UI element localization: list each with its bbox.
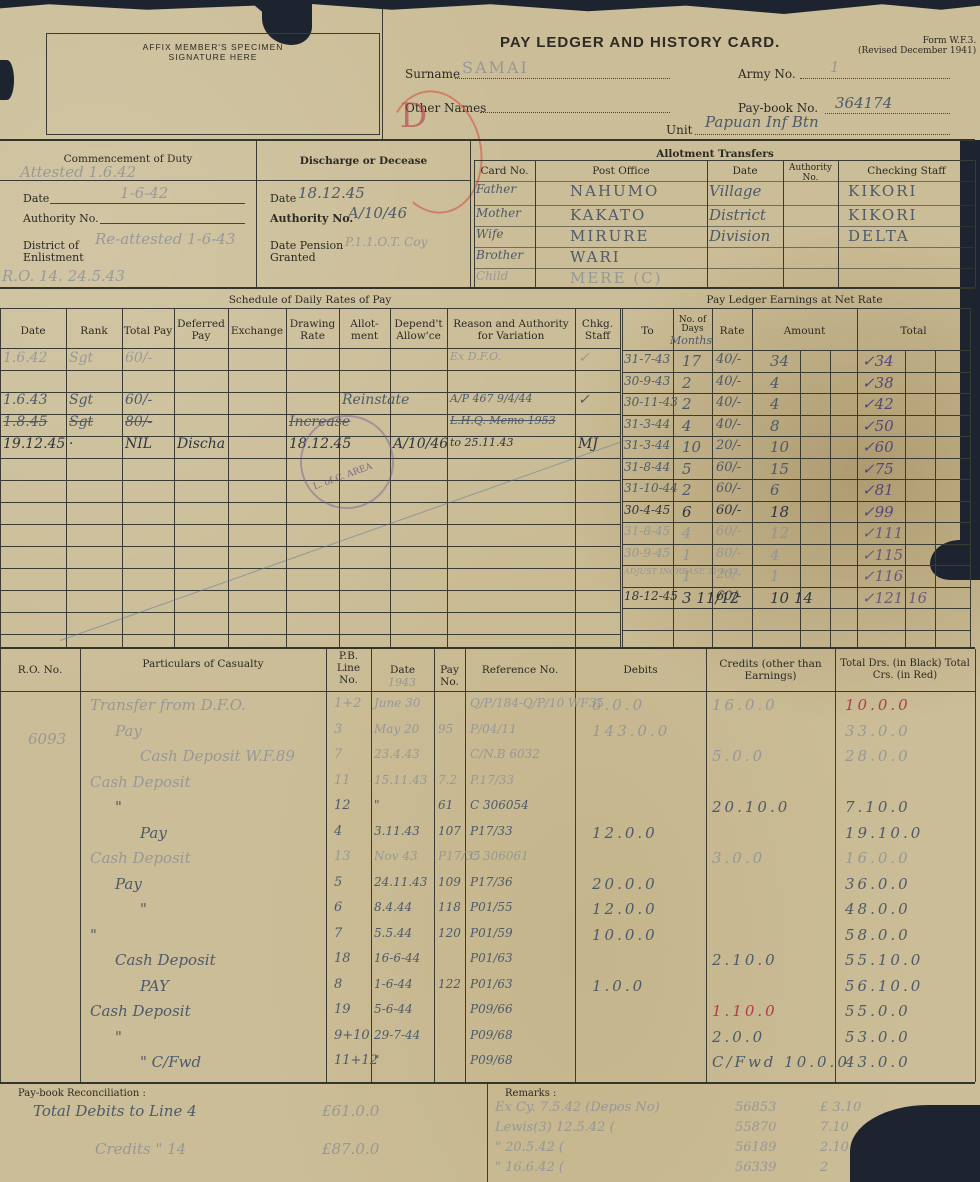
schedule-cell: Reinstate — [342, 392, 409, 408]
casualty-line-no: 9+10 — [334, 1028, 370, 1043]
casualty-line-no: 19 — [334, 1002, 351, 1017]
torn-edge-left — [0, 60, 14, 100]
earnings-total: ✓81 — [862, 481, 894, 499]
casualty-particulars: " — [140, 900, 147, 918]
grid-line — [975, 649, 976, 1082]
grid-line — [0, 546, 620, 547]
column-header: Depend't Allow'ce — [390, 318, 447, 342]
unit-value: Papuan Inf Btn — [705, 113, 819, 131]
casualty-total: 16.0.0 — [845, 849, 911, 867]
earnings-to: 31-8-44 — [624, 460, 670, 474]
casualty-reference: C 306061 — [470, 849, 529, 863]
column-header: Reason and Authority for Variation — [447, 318, 575, 342]
signature-label: AFFIX MEMBER'S SPECIMEN SIGNATURE HERE — [47, 42, 379, 62]
surname-label: Surname — [405, 67, 460, 81]
grid-line — [622, 350, 970, 351]
casualty-date: May 20 — [374, 722, 419, 736]
grid-line — [66, 308, 67, 648]
casualty-date: 29-7-44 — [374, 1028, 420, 1042]
schedule-cell: to 25.11.43 — [450, 436, 514, 449]
remarks-amount: 2.10 — [820, 1140, 849, 1155]
remarks-ref: 55870 — [735, 1120, 776, 1135]
casualty-reference: C 306054 — [470, 798, 529, 812]
casualty-line-no: 7 — [334, 926, 342, 941]
casualty-reference: P01/55 — [470, 900, 513, 914]
grid-line — [0, 590, 620, 591]
grid-line — [622, 608, 970, 609]
grid-line — [620, 308, 621, 648]
grid-line — [575, 308, 576, 648]
earnings-days: 1 — [682, 546, 692, 564]
remarks-label: Remarks : — [505, 1088, 556, 1099]
casualty-date: 3.11.43 — [374, 824, 420, 838]
form-number: Form W.F.3.(Revised December 1941) — [858, 36, 976, 56]
casualty-particulars: " — [115, 1028, 122, 1046]
casualty-particulars: " — [90, 926, 97, 944]
column-header: Amount — [752, 325, 857, 337]
grid-line — [622, 436, 970, 437]
schedule-cell: L.H.Q. Memo 1953 — [450, 414, 556, 427]
earnings-amount: 4 — [770, 546, 780, 564]
earnings-to: 31-3-44 — [624, 438, 670, 452]
casualty-total: 33.0.0 — [845, 722, 911, 740]
column-header: Date — [371, 664, 434, 676]
earnings-total: ✓60 — [862, 438, 894, 456]
unit-label: Unit — [666, 123, 693, 137]
grid-line — [752, 308, 753, 648]
remarks-text: Ex Cy. 7.5.42 (Depos No) — [495, 1100, 660, 1115]
earnings-to: 18-12-45 — [624, 589, 678, 603]
remarks-ref: 56189 — [735, 1140, 776, 1155]
column-header: Post Office — [535, 166, 707, 176]
casualty-total: 43.0.0 — [845, 1053, 911, 1071]
column-header: Debits — [575, 664, 706, 676]
grid-line — [0, 612, 620, 613]
casualty-particulars: Pay — [115, 875, 142, 893]
page-title: PAY LEDGER AND HISTORY CARD. — [500, 34, 780, 51]
army-no-value: 1 — [830, 58, 840, 76]
grid-line — [622, 415, 970, 416]
earnings-rate: 20/- — [716, 567, 741, 582]
allotment-cell: Father — [476, 182, 516, 196]
column-header: Rank — [66, 325, 122, 337]
earnings-days: 1 — [682, 567, 692, 585]
casualty-particulars: Pay — [140, 824, 167, 842]
grid-line — [0, 691, 975, 692]
casualty-line-no: 18 — [334, 951, 351, 966]
earnings-days: 10 — [682, 438, 701, 456]
casualty-date: 16-6-44 — [374, 951, 420, 965]
casualty-date: 5-6-44 — [374, 1002, 413, 1016]
casualty-date: " — [374, 798, 380, 812]
schedule-cell: 60/- — [125, 350, 152, 366]
grid-line — [0, 568, 620, 569]
earnings-rate: 60/- — [716, 503, 741, 518]
reconciliation-line: Total Debits to Line 4 — [33, 1102, 197, 1120]
remarks-ref: 56853 — [735, 1100, 776, 1115]
grid-line — [935, 350, 936, 648]
casualty-total: 58.0.0 — [845, 926, 911, 944]
casualty-total: 19.10.0 — [845, 824, 923, 842]
army-no-label: Army No. — [738, 67, 796, 81]
grid-line — [474, 247, 974, 248]
casualty-total: 53.0.0 — [845, 1028, 911, 1046]
grid-line — [575, 649, 576, 1082]
allotment-cell: KIKORI — [848, 206, 917, 224]
earnings-to: 31-10-44 — [624, 481, 678, 495]
earnings-rate: 60/- — [716, 524, 741, 539]
remarks-text: Lewis(3) 12.5.42 ( — [495, 1120, 615, 1135]
allotment-cell: WARI — [570, 248, 621, 266]
schedule-cell: Sgt — [69, 350, 93, 366]
casualty-debit: 143.0.0 — [592, 722, 670, 740]
schedule-cell: 1.6.43 — [3, 392, 48, 408]
casualty-date: 23.4.43 — [374, 747, 420, 761]
torn-edge — [0, 0, 980, 14]
allotment-cell: KIKORI — [848, 182, 917, 200]
casualty-credit: 3.0.0 — [712, 849, 765, 867]
earnings-amount: 10 — [770, 438, 789, 456]
column-header: To — [622, 325, 673, 337]
earnings-days: 6 — [682, 503, 692, 521]
column-header: Credits (other than Earnings) — [706, 658, 835, 682]
earnings-days: 2 — [682, 395, 692, 413]
casualty-line-no: 11 — [334, 773, 351, 788]
casualty-reference: P01/59 — [470, 926, 513, 940]
grid-line — [0, 308, 1, 648]
earnings-rate: 40/- — [716, 395, 741, 410]
grid-line — [0, 502, 620, 503]
earnings-rate: 40/- — [716, 352, 741, 367]
allotment-cell: Village — [709, 182, 761, 200]
casualty-particulars: Cash Deposit — [90, 849, 191, 867]
casualty-line-no: 11+12 — [334, 1053, 378, 1068]
column-header: Reference No. — [465, 664, 575, 676]
grid-line — [0, 524, 620, 525]
reconciliation-amount: £61.0.0 — [322, 1102, 379, 1120]
pension-note: P.1.1.O.T. Coy — [345, 235, 427, 249]
schedule-cell: A/10/46 — [393, 436, 448, 452]
earnings-amount: 15 — [770, 460, 789, 478]
grid-line — [857, 308, 858, 648]
days-note: Months — [670, 334, 712, 347]
casualty-particulars: Cash Deposit W.F.89 — [140, 747, 295, 765]
earnings-amount: 34 — [770, 352, 789, 370]
earnings-rate: 60/- — [716, 589, 741, 604]
casualty-total: 36.0.0 — [845, 875, 911, 893]
casualty-date: 15.11.43 — [374, 773, 427, 787]
casualty-credit: 1.10.0 — [712, 1002, 778, 1020]
reconciliation-amount: £87.0.0 — [322, 1140, 379, 1158]
reconciliation-label: Pay-book Reconciliation : — [18, 1088, 146, 1099]
grid-line — [622, 393, 970, 394]
schedule-cell: · — [69, 436, 73, 452]
earnings-days: 2 — [682, 481, 692, 499]
grid-line — [434, 649, 435, 1082]
grid-line — [970, 308, 971, 648]
grid-line — [474, 268, 974, 269]
reconciliation-line: Credits " 14 — [95, 1140, 186, 1158]
casualty-total: 10.0.0 — [845, 696, 911, 714]
casualty-line-no: 3 — [334, 722, 342, 737]
casualty-pay-no: 7.2 — [438, 773, 457, 787]
column-header: Date — [0, 325, 66, 337]
earnings-days: 4 — [682, 524, 692, 542]
allotment-cell: DELTA — [848, 227, 910, 245]
discharge-date-label: Date — [270, 192, 296, 205]
column-header: Total Drs. (in Black) Total Crs. (in Red… — [835, 658, 975, 682]
schedule-cell: ✓ — [578, 392, 590, 408]
grid-line — [326, 649, 327, 1082]
grid-line — [622, 458, 970, 459]
earnings-amount: 4 — [770, 395, 780, 413]
earnings-to: 30-4-45 — [624, 503, 670, 517]
casualty-credit: 16.0.0 — [712, 696, 778, 714]
casualty-reference: Q/P/184-Q/P/10 WF35 — [470, 696, 604, 710]
casualty-line-no: 7 — [334, 747, 342, 762]
earnings-total: ✓116 — [862, 567, 903, 585]
casualty-reference: P01/63 — [470, 951, 513, 965]
earnings-total: ✓34 — [862, 352, 894, 370]
remarks-text: " 16.6.42 ( — [495, 1160, 564, 1175]
casualty-credit: C/Fwd 10.0.0 — [712, 1053, 850, 1071]
earnings-to: 31-7-43 — [624, 352, 670, 366]
column-header: Pay No. — [434, 664, 465, 688]
casualty-pay-no: 61 — [438, 798, 453, 812]
allotment-cell: MERE (C) — [570, 269, 663, 287]
casualty-reference: P01/63 — [470, 977, 513, 991]
earnings-rate: 60/- — [716, 460, 741, 475]
grid-line — [228, 308, 229, 648]
allotment-cell: Brother — [476, 248, 523, 262]
torn-corner — [850, 1105, 980, 1182]
casualty-line-no: 12 — [334, 798, 351, 813]
casualty-particulars: Pay — [115, 722, 142, 740]
commencement-ro-note: R.O. 14. 24.5.43 — [2, 267, 125, 285]
column-header: P.B. Line No. — [326, 650, 371, 686]
earnings-to: 30-11-43 — [624, 395, 678, 409]
discharge-date: 18.12.45 — [298, 184, 365, 202]
casualty-line-no: 6 — [334, 900, 342, 915]
grid-line — [622, 308, 623, 648]
column-header: No. of Days — [673, 316, 712, 334]
column-header: Drawing Rate — [286, 318, 339, 342]
column-header: Particulars of Casualty — [80, 658, 326, 670]
casualty-particulars: PAY — [140, 977, 169, 995]
allotment-cell: Child — [476, 269, 508, 283]
casualty-particulars: Transfer from D.F.O. — [90, 696, 246, 714]
earnings-heading: Pay Ledger Earnings at Net Rate — [622, 294, 967, 306]
column-header: Rate — [712, 325, 752, 337]
column-header: Exchange — [228, 325, 286, 337]
earnings-to: 30-9-43 — [624, 374, 670, 388]
earnings-amount: 8 — [770, 417, 780, 435]
authority-label: Authority No. — [23, 212, 99, 225]
casualty-credit: 5.0.0 — [712, 747, 765, 765]
grid-line — [975, 160, 976, 287]
discharge-authority: A/10/46 — [348, 204, 407, 222]
column-header: R.O. No. — [0, 664, 80, 676]
grid-line — [0, 634, 620, 635]
schedule-heading: Schedule of Daily Rates of Pay — [0, 294, 620, 306]
earnings-days: 5 — [682, 460, 692, 478]
column-header: Card No. — [474, 166, 535, 176]
grid-line — [622, 479, 970, 480]
casualty-particulars: Cash Deposit — [90, 773, 191, 791]
casualty-line-no: 4 — [334, 824, 342, 839]
casualty-reference: P.17/33 — [470, 773, 514, 787]
allotment-cell: District — [709, 206, 766, 224]
area-stamp: L. of C. AREA — [300, 415, 394, 509]
remarks-amount: £ 3.10 — [820, 1100, 861, 1115]
schedule-cell: Ex D.F.O. — [450, 350, 501, 363]
casualty-debit: 10.0.0 — [592, 926, 658, 944]
casualty-total: 55.0.0 — [845, 1002, 911, 1020]
casualty-credit: 2.10.0 — [712, 951, 778, 969]
commencement-date: 1-6-42 — [120, 184, 168, 202]
casualty-line-no: 13 — [334, 849, 351, 864]
year-note: 1943 — [388, 676, 416, 689]
grid-line — [371, 649, 372, 1082]
remarks-ref: 56339 — [735, 1160, 776, 1175]
earnings-total: ✓38 — [862, 374, 894, 392]
earnings-total: ✓111 — [862, 524, 903, 542]
date-label: Date — [23, 192, 49, 205]
casualty-reference: P09/66 — [470, 1002, 513, 1016]
allotment-cell: KAKATO — [570, 206, 646, 224]
earnings-total: ✓99 — [862, 503, 894, 521]
column-header: Allot-ment — [339, 318, 390, 342]
casualty-date: " — [374, 1053, 380, 1067]
pay-ledger-card: AFFIX MEMBER'S SPECIMEN SIGNATURE HERE P… — [0, 0, 980, 1182]
schedule-cell: Sgt — [69, 414, 93, 430]
earnings-days: 4 — [682, 417, 692, 435]
column-header: Date — [707, 166, 783, 176]
signature-box: AFFIX MEMBER'S SPECIMEN SIGNATURE HERE — [46, 33, 380, 135]
column-header: Total — [857, 325, 970, 337]
casualty-total: 28.0.0 — [845, 747, 911, 765]
column-header: Chkg. Staff — [575, 318, 620, 342]
grid-line — [122, 308, 123, 648]
casualty-particulars: Cash Deposit — [115, 951, 216, 969]
district-value: Re-attested 1-6-43 — [95, 230, 235, 248]
earnings-days: 2 — [682, 374, 692, 392]
allotment-cell: NAHUMO — [570, 182, 659, 200]
earnings-total: ✓121 16 — [862, 589, 927, 607]
grid-line — [447, 308, 448, 648]
earnings-amount: 6 — [770, 481, 780, 499]
grid-line — [0, 370, 620, 371]
casualty-particulars: " — [115, 798, 122, 816]
casualty-date: June 30 — [374, 696, 420, 710]
earnings-to: 31-8-45 — [624, 524, 670, 538]
commencement-note: Attested 1.6.42 — [20, 163, 136, 181]
remarks-amount: 2 — [820, 1160, 828, 1175]
schedule-cell: 80/- — [125, 414, 152, 430]
earnings-days: 17 — [682, 352, 701, 370]
casualty-reference: P/04/11 — [470, 722, 517, 736]
schedule-cell: ✓ — [578, 350, 590, 366]
grid-line — [286, 308, 287, 648]
earnings-amount: 12 — [770, 524, 789, 542]
remarks-amount: 7.10 — [820, 1120, 849, 1135]
casualty-date: Nov 43 — [374, 849, 418, 863]
casualty-total: 7.10.0 — [845, 798, 911, 816]
grid-line — [622, 630, 970, 631]
schedule-cell: Discha — [177, 436, 225, 452]
earnings-rate: 20/- — [716, 438, 741, 453]
grid-line — [622, 544, 970, 545]
schedule-cell: NIL — [125, 436, 152, 452]
allotment-cell: Mother — [476, 206, 521, 220]
casualty-reference: P17/36 — [470, 875, 513, 889]
casualty-particulars: " C/Fwd — [140, 1053, 201, 1071]
earnings-amount: 18 — [770, 503, 789, 521]
ro-number: 6093 — [28, 730, 66, 748]
grid-line — [80, 649, 81, 1082]
casualty-pay-no: 118 — [438, 900, 461, 914]
earnings-total: ✓42 — [862, 395, 894, 413]
earnings-rate: 40/- — [716, 374, 741, 389]
column-header: Authority No. — [783, 163, 838, 183]
grid-line — [622, 587, 970, 588]
allotment-heading: Allotment Transfers — [470, 148, 960, 160]
casualty-date: 24.11.43 — [374, 875, 427, 889]
schedule-cell: 1.8.45 — [3, 414, 48, 430]
district-label: District of Enlistment — [23, 240, 103, 264]
grid-line — [465, 649, 466, 1082]
casualty-credit: 20.10.0 — [712, 798, 790, 816]
earnings-rate: 60/- — [716, 481, 741, 496]
casualty-pay-no: 107 — [438, 824, 461, 838]
grid-line — [622, 501, 970, 502]
casualty-date: 8.4.44 — [374, 900, 412, 914]
casualty-total: 48.0.0 — [845, 900, 911, 918]
earnings-to: 30-9-45 — [624, 546, 670, 560]
schedule-cell: Sgt — [69, 392, 93, 408]
remarks-text: " 20.5.42 ( — [495, 1140, 564, 1155]
casualty-pay-no: 122 — [438, 977, 461, 991]
schedule-cell: 19.12.45 — [3, 436, 65, 452]
allotment-cell: Wife — [476, 227, 504, 241]
casualty-pay-no: 120 — [438, 926, 461, 940]
casualty-total: 55.10.0 — [845, 951, 923, 969]
casualty-pay-no: 95 — [438, 722, 453, 736]
discharge-authority-label: Authority No. — [270, 212, 353, 225]
grid-line — [622, 372, 970, 373]
grid-line — [835, 649, 836, 1082]
casualty-line-no: 1+2 — [334, 696, 361, 711]
earnings-total: ✓115 — [862, 546, 903, 564]
casualty-pay-no: 109 — [438, 875, 461, 889]
earnings-rate: 40/- — [716, 417, 741, 432]
paybook-value: 364174 — [835, 94, 892, 112]
earnings-total: ✓50 — [862, 417, 894, 435]
casualty-debit: 1.0.0 — [592, 977, 645, 995]
grid-line — [174, 308, 175, 648]
column-header: Checking Staff — [838, 166, 975, 176]
casualty-reference: P09/68 — [470, 1053, 513, 1067]
discharge-heading: Discharge or Decease — [257, 155, 470, 167]
casualty-credit: 2.0.0 — [712, 1028, 765, 1046]
casualty-debit: 20.0.0 — [592, 875, 658, 893]
grid-line — [0, 348, 620, 349]
grid-line — [830, 350, 831, 648]
earnings-amount: 10 14 — [770, 589, 813, 607]
casualty-reference: P17/33 — [470, 824, 513, 838]
schedule-cell: 60/- — [125, 392, 152, 408]
surname-value: SAMAI — [462, 58, 529, 77]
